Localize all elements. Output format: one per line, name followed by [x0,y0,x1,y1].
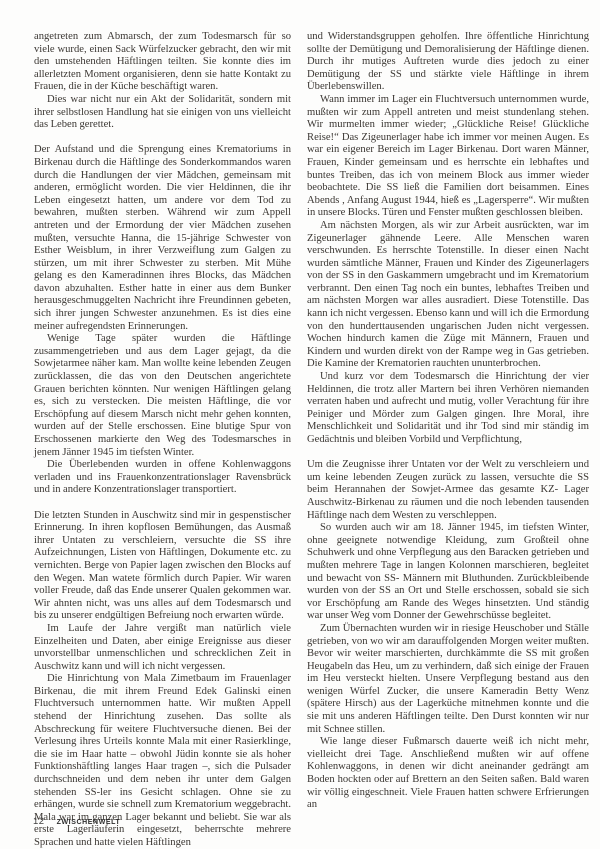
paragraph: Der Aufstand und die Sprengung eines Kre… [34,144,291,333]
page-number: 12 [33,816,45,827]
left-column: angetreten zum Abmarsch, der zum Todesma… [34,31,291,849]
paragraph: Die letzten Stunden in Auschwitz sind mi… [34,510,291,623]
journal-title: ZWISCHENWELT [57,819,121,826]
paragraph: Im Laufe der Jahre vergißt man natürlich… [34,623,291,673]
paragraph: angetreten zum Abmarsch, der zum Todesma… [34,31,291,94]
paragraph: Wie lange dieser Fußmarsch dauerte weiß … [307,736,589,812]
magazine-page: angetreten zum Abmarsch, der zum Todesma… [0,0,600,849]
paragraph: und Widerstandsgruppen geholfen. Ihre öf… [307,31,589,94]
paragraph: Die Überlebenden wurden in offene Kohlen… [34,459,291,497]
text-columns: angetreten zum Abmarsch, der zum Todesma… [34,31,589,849]
paragraph: Um die Zeugnisse ihrer Untaten vor der W… [307,459,589,522]
paragraph: Wenige Tage später wurden die Häftlinge … [34,333,291,459]
paragraph: So wurden auch wir am 18. Jänner 1945, i… [307,522,589,623]
page-footer: 12 ZWISCHENWELT [33,816,120,827]
paragraph: Zum Übernachten wurden wir in riesige He… [307,623,589,736]
right-column: und Widerstandsgruppen geholfen. Ihre öf… [307,31,589,849]
paragraph: Am nächsten Morgen, als wir zur Arbeit a… [307,220,589,371]
paragraph: Dies war nicht nur ein Akt der Solidarit… [34,94,291,132]
paragraph: Und kurz vor dem Todesmarsch die Hinrich… [307,371,589,447]
paragraph: Wann immer im Lager ein Fluchtversuch un… [307,94,589,220]
